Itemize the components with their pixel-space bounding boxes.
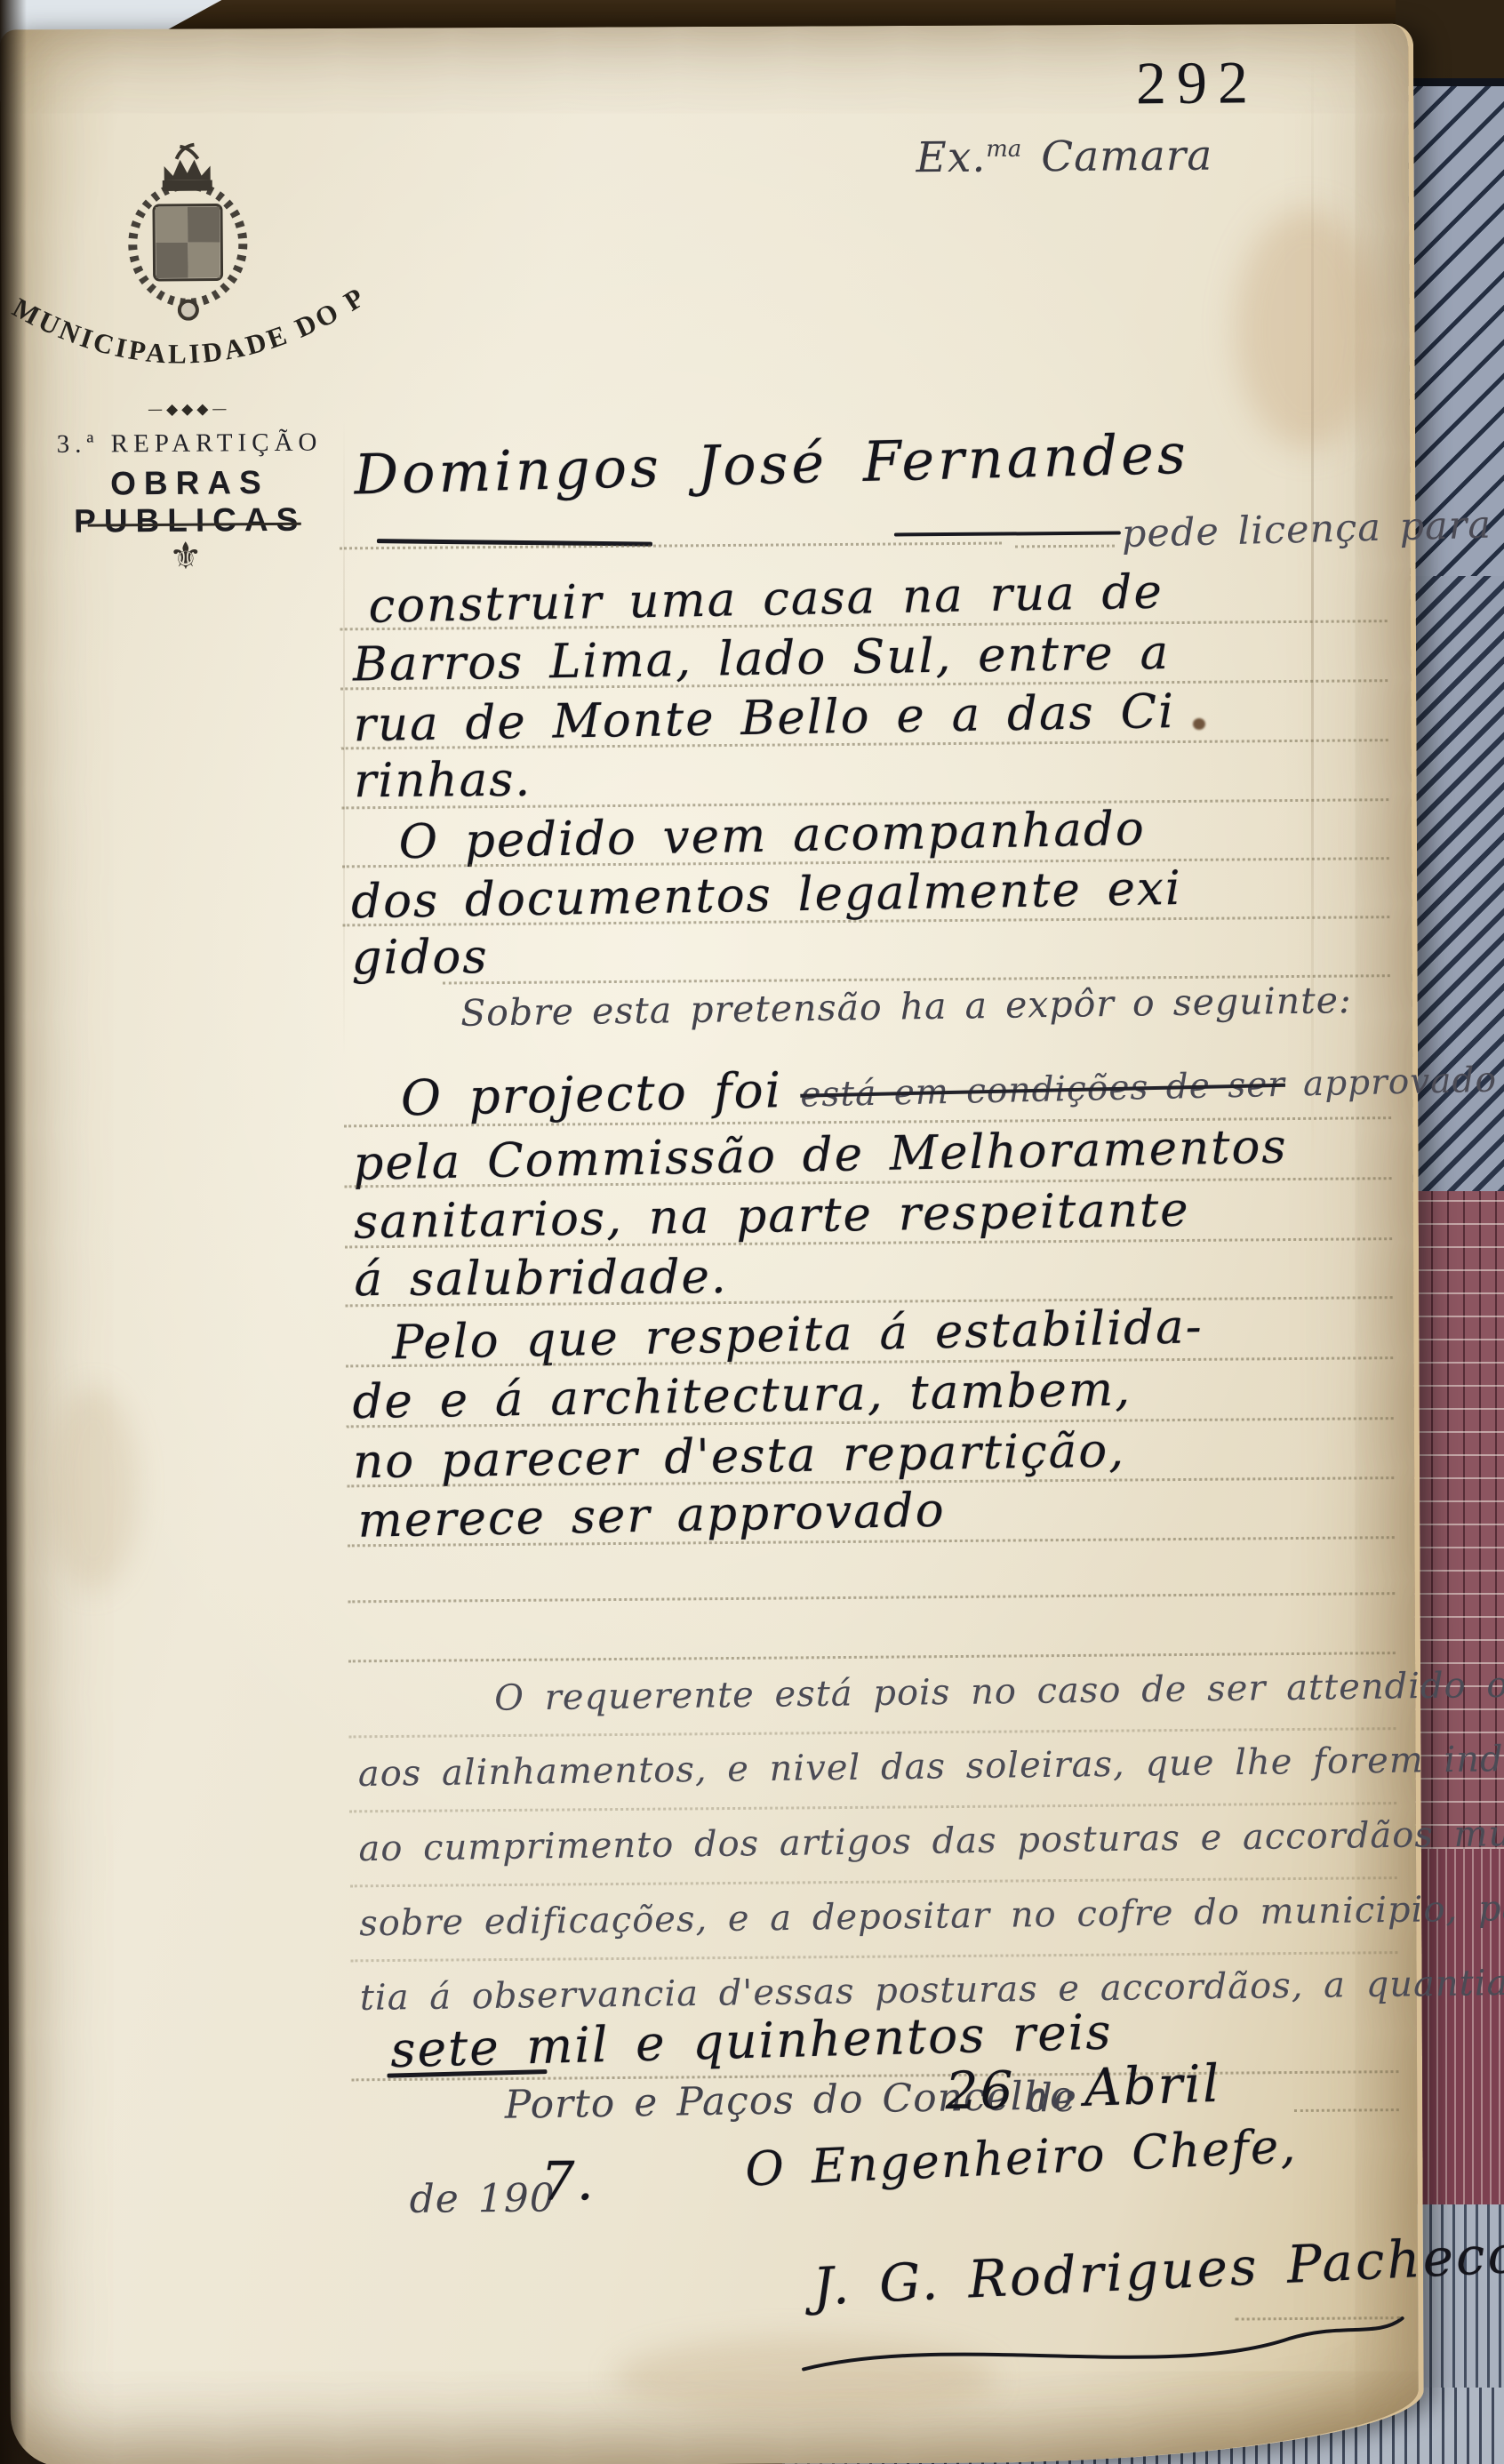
municipality-arc-text: MUNICIPALIDADE DO PORTO: [0, 257, 385, 411]
opinion-struck-printed: está em condições de ser: [800, 1065, 1286, 1116]
conditions-line: sobre edificações, e a depositar no cofr…: [359, 1885, 1504, 1944]
opinion-printed-end: approvado: [1302, 1060, 1497, 1105]
de-printed: de: [1028, 2076, 1078, 2121]
page-left-shadow: [0, 0, 27, 2464]
page-number: 292: [1136, 47, 1260, 118]
conditions-line: ao cumprimento dos artigos das posturas …: [358, 1812, 1504, 1869]
year-printed: de 190: [409, 2176, 556, 2222]
municipality-label: MUNICIPALIDADE DO PORTO: [0, 257, 372, 371]
svg-text:MUNICIPALIDADE DO PORTO: MUNICIPALIDADE DO PORTO: [0, 257, 372, 371]
salutation-prefix: Ex.: [916, 133, 986, 183]
department-label: 3.ª REPARTIÇÃO: [38, 428, 340, 460]
day-handwritten: 26: [945, 2060, 1014, 2122]
signer-title: O Engenheiro Chefe,: [744, 2119, 1298, 2196]
letterhead-ornament: ⚜: [169, 534, 203, 578]
division-label: OBRAS PUBLICAS: [20, 463, 359, 540]
conditions-line: O requerente está pois no caso de ser at…: [494, 1662, 1504, 1719]
opinion-first-line: O projecto foi está em condições de ser …: [400, 1046, 1497, 1127]
request-line: rinhas.: [354, 753, 532, 809]
conditions-line: aos alinhamentos, e nivel das soleiras, …: [358, 1737, 1504, 1795]
opinion-line: á salubridade.: [354, 1250, 728, 1307]
opinion-handwritten-start: O projecto foi: [400, 1061, 783, 1126]
request-line: gidos: [351, 930, 488, 985]
hand-underline: [894, 532, 1121, 537]
opinion-intro: Sobre esta pretensão ha a expôr o seguin…: [460, 979, 1352, 1035]
salutation-word: Camara: [1041, 132, 1212, 182]
scanned-document-photo: 292 Ex.ma Camara MUNICIPALIDADE DO PORTO…: [0, 0, 1504, 2464]
salutation-superscript: ma: [986, 136, 1021, 163]
year-digit-handwritten: 7.: [540, 2150, 596, 2212]
printed-lead: pede licença para: [1121, 503, 1492, 557]
opinion-line: merece ser approvado: [357, 1484, 946, 1548]
applicant-name: Domingos José Fernandes: [353, 421, 1189, 508]
letterhead-flourish: —◆◆◆—: [109, 400, 269, 419]
salutation: Ex.ma Camara: [916, 132, 1212, 183]
month-handwritten: Abril: [1083, 2053, 1221, 2118]
